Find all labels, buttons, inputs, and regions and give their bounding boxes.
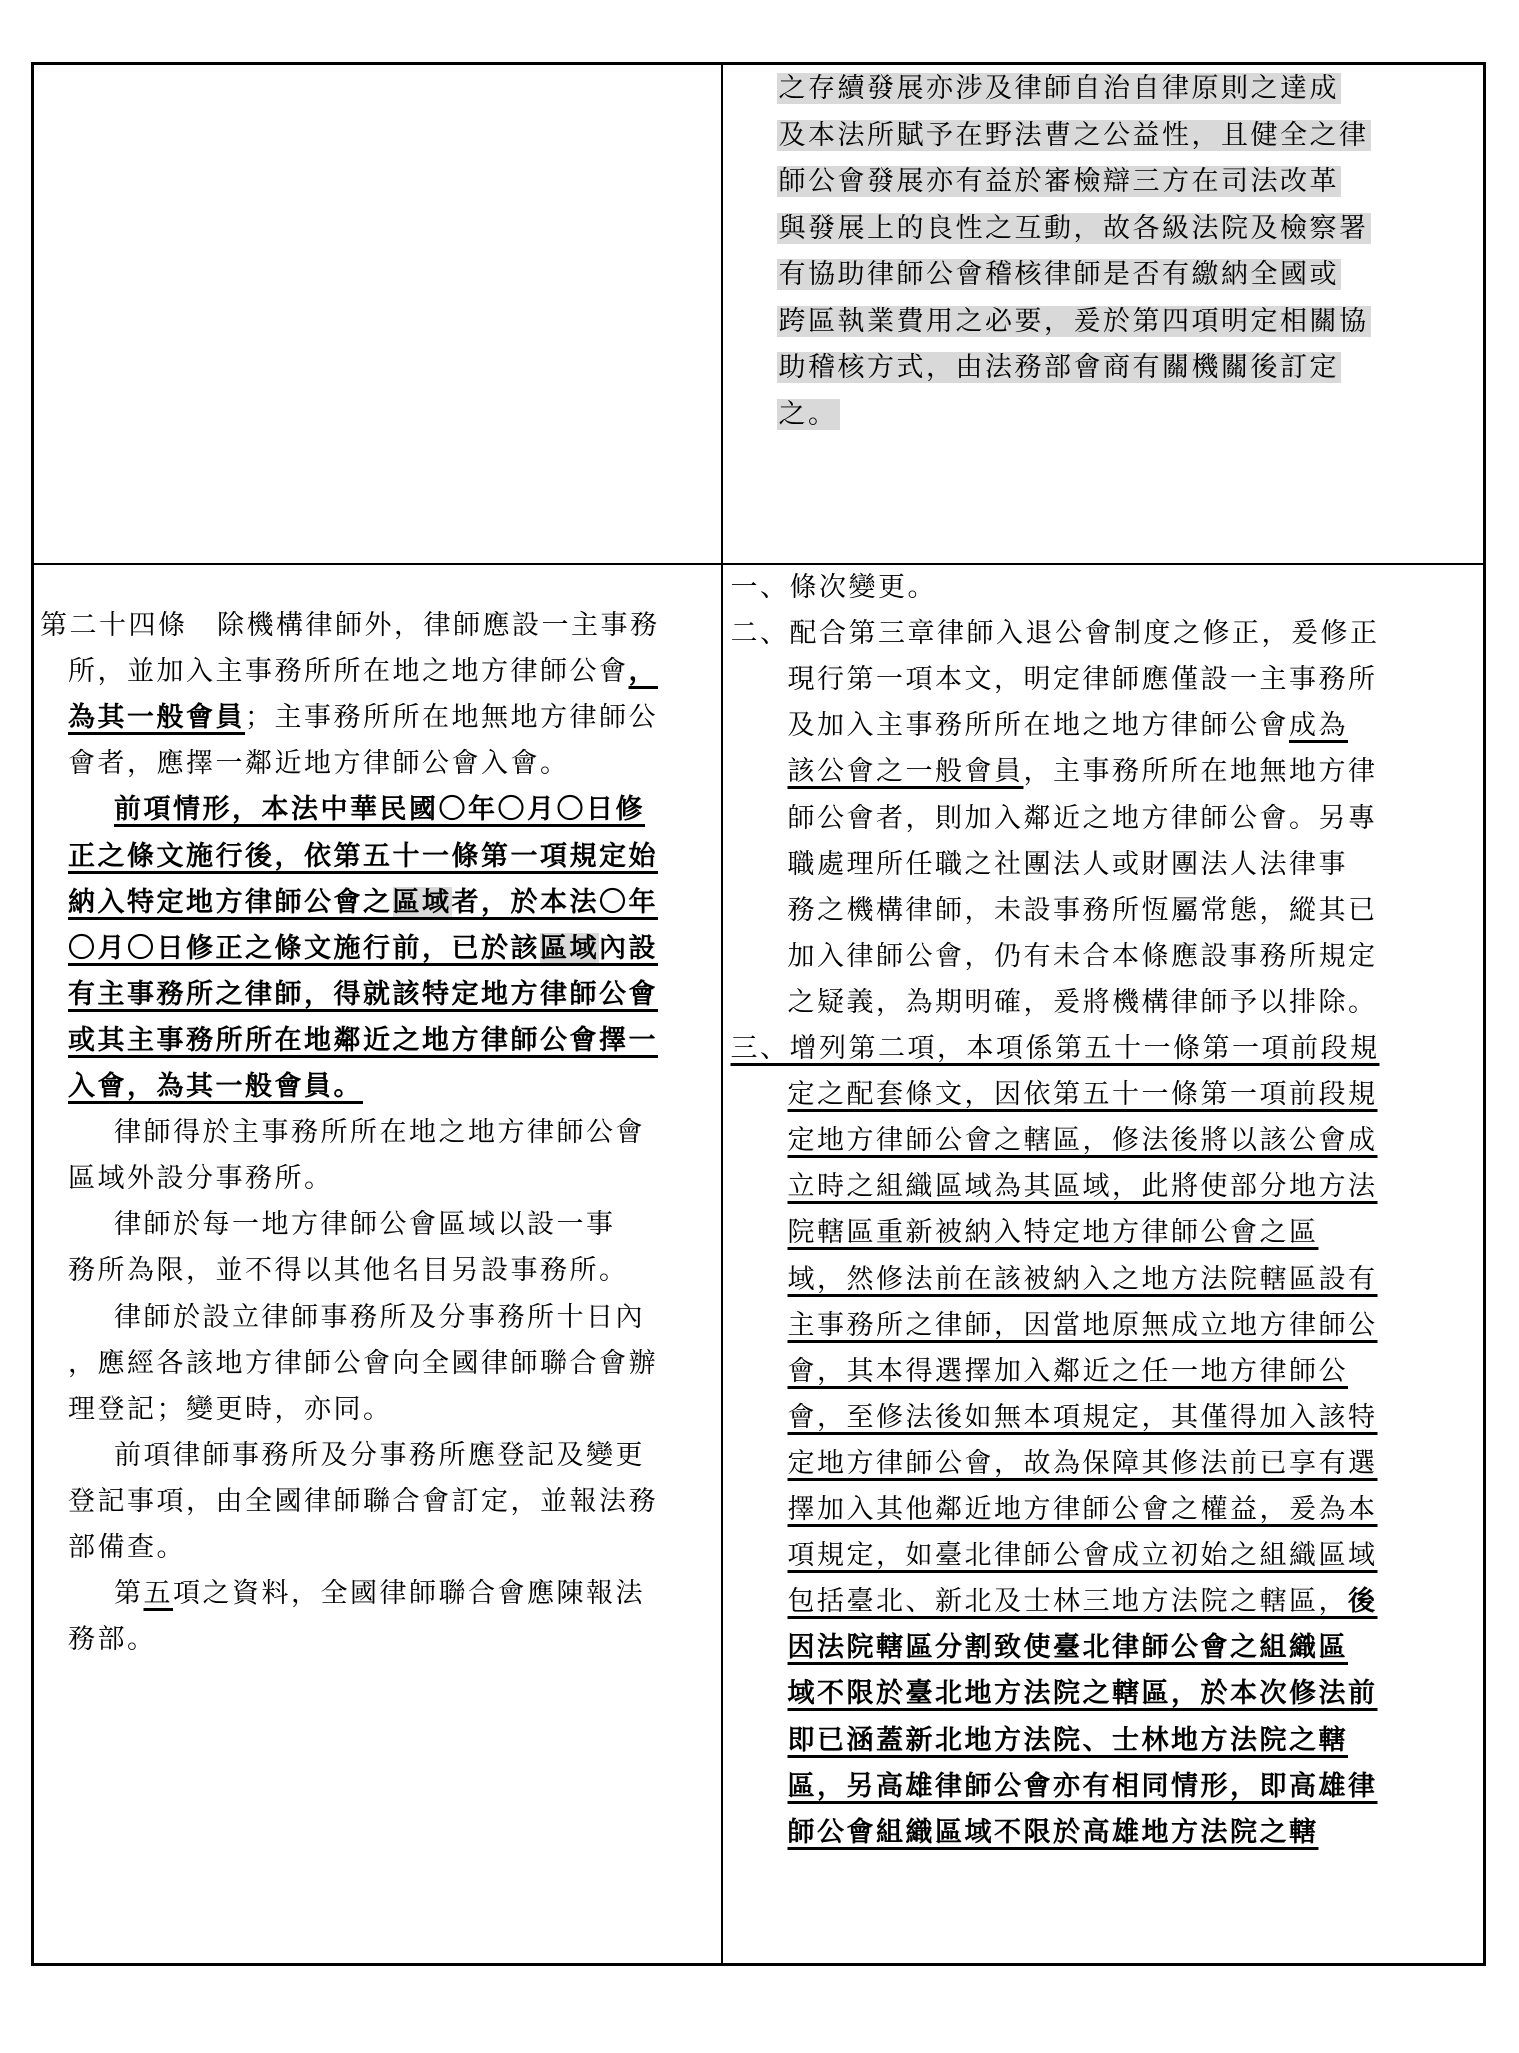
text-segment: 區域 (393, 887, 452, 918)
text-segment: 區域 (540, 933, 599, 964)
text-segment: 納入特定地方律師公會之 (68, 887, 393, 918)
text-line: 主事務所之律師，因當地原無成立地方律師公 (788, 1307, 1378, 1345)
text-line: 為其一般會員；主事務所所在地無地方律師公 (68, 699, 658, 737)
text-segment: ， (629, 656, 659, 687)
text-line: 助稽核方式，由法務部會商有關機關後訂定 (777, 349, 1342, 387)
text-segment: 現行第一項本文，明定律師應僅設一主事務所 (788, 664, 1378, 695)
text-segment: 律師得於主事務所所在地之地方律師公會 (114, 1117, 645, 1148)
text-line: 納入特定地方律師公會之區域者，於本法〇年 (68, 884, 658, 922)
text-line: 理登記；變更時，亦同。 (68, 1391, 393, 1429)
text-line: 會，其本得選擇加入鄰近之任一地方律師公 (788, 1353, 1349, 1391)
text-segment: 因法院轄區分割致使臺北律師公會之組織區 (788, 1632, 1349, 1663)
text-segment: 之。 (777, 399, 840, 430)
text-line: 及本法所賦予在野法曹之公益性，且健全之律 (777, 117, 1371, 155)
text-segment: 定地方律師公會之轄區，修法後將以該公會成 (788, 1125, 1378, 1156)
text-segment: 主事務所之律師，因當地原無成立地方律師公 (788, 1310, 1378, 1341)
text-line: 入會，為其一般會員。 (68, 1068, 363, 1106)
text-segment: 域不限於臺北地方法院之轄區，於本次修法前 (788, 1678, 1378, 1709)
text-segment: ，主事務所所在地無地方律 (1024, 756, 1378, 787)
explanation-cell-continued: 之存續發展亦涉及律師自治自律原則之達成及本法所賦予在野法曹之公益性，且健全之律師… (722, 64, 1485, 565)
text-line: 一、條次變更。 (731, 569, 938, 607)
text-segment: 及加入主事務所所在地之地方律師公會 (788, 710, 1290, 741)
text-line: 三、增列第二項，本項係第五十一條第一項前段規 (731, 1030, 1380, 1068)
text-segment: 區，另高雄律師公會亦有相同情形，即高雄律 (788, 1771, 1378, 1802)
text-line: 區，另高雄律師公會亦有相同情形，即高雄律 (788, 1768, 1378, 1806)
text-line: 跨區執業費用之必要，爰於第四項明定相關協 (777, 303, 1371, 341)
text-segment: 五 (144, 1578, 174, 1609)
text-line: 師公會者，則加入鄰近之地方律師公會。另專 (788, 800, 1378, 838)
text-segment: 務所為限，並不得以其他名目另設事務所。 (68, 1255, 629, 1286)
text-line: 或其主事務所所在地鄰近之地方律師公會擇一 (68, 1022, 658, 1060)
text-segment: 有主事務所之律師，得就該特定地方律師公會 (68, 979, 658, 1010)
text-line: 務所為限，並不得以其他名目另設事務所。 (68, 1252, 629, 1290)
text-segment: 跨區執業費用之必要，爰於第四項明定相關協 (777, 306, 1371, 337)
text-line: 會，至修法後如無本項規定，其僅得加入該特 (788, 1399, 1378, 1437)
text-segment: 之疑義，為期明確，爰將機構律師予以排除。 (788, 987, 1378, 1018)
text-segment: 之存續發展亦涉及律師自治自律原則之達成 (777, 73, 1342, 104)
text-segment: 項規定，如臺北律師公會成立初始之組織區域 (788, 1540, 1378, 1571)
text-line: 擇加入其他鄰近地方律師公會之權益，爰為本 (788, 1491, 1378, 1529)
text-line: 二、配合第三章律師入退公會制度之修正，爰修正 (731, 615, 1380, 653)
text-segment: 後 (1348, 1586, 1378, 1617)
text-segment: 有協助律師公會稽核律師是否有繳納全國或 (777, 259, 1342, 290)
text-line: 會者，應擇一鄰近地方律師公會入會。 (68, 745, 570, 783)
text-line: 之疑義，為期明確，爰將機構律師予以排除。 (788, 984, 1378, 1022)
text-line: 之存續發展亦涉及律師自治自律原則之達成 (777, 70, 1342, 108)
text-segment: 項之資料，全國律師聯合會應陳報法 (173, 1578, 645, 1609)
text-segment: 與發展上的良性之互動，故各級法院及檢察署 (777, 213, 1371, 244)
text-line: 項規定，如臺北律師公會成立初始之組織區域 (788, 1537, 1378, 1575)
text-line: 現行第一項本文，明定律師應僅設一主事務所 (788, 661, 1378, 699)
text-line: 因法院轄區分割致使臺北律師公會之組織區 (788, 1629, 1349, 1667)
text-line: 第二十四條 除機構律師外，律師應設一主事務 (40, 607, 660, 645)
text-segment: 師公會者，則加入鄰近之地方律師公會。另專 (788, 803, 1378, 834)
text-line: ，應經各該地方律師公會向全國律師聯合會辦 (68, 1345, 658, 1383)
text-line: 部備查。 (68, 1529, 186, 1567)
text-segment: 部備查。 (68, 1532, 186, 1563)
text-segment: 登記事項，由全國律師聯合會訂定，並報法務 (68, 1486, 658, 1517)
amendment-comparison-table: 之存續發展亦涉及律師自治自律原則之達成及本法所賦予在野法曹之公益性，且健全之律師… (31, 62, 1486, 1966)
text-segment: ，應經各該地方律師公會向全國律師聯合會辦 (68, 1348, 658, 1379)
text-segment: 二、配合第三章律師入退公會制度之修正，爰修正 (731, 618, 1380, 649)
text-segment: 加入律師公會，仍有未合本條應設事務所規定 (788, 941, 1378, 972)
text-line: 及加入主事務所所在地之地方律師公會成為 (788, 707, 1349, 745)
text-line: 〇月〇日修正之條文施行前，已於該區域內設 (68, 930, 658, 968)
text-line: 立時之組織區域為其區域，此將使部分地方法 (788, 1168, 1378, 1206)
text-line: 登記事項，由全國律師聯合會訂定，並報法務 (68, 1483, 658, 1521)
text-line: 職處理所任職之社團法人或財團法人法律事 (788, 846, 1349, 884)
text-segment: 院轄區重新被納入特定地方律師公會之區 (788, 1217, 1319, 1248)
text-line: 加入律師公會，仍有未合本條應設事務所規定 (788, 938, 1378, 976)
text-line: 院轄區重新被納入特定地方律師公會之區 (788, 1214, 1319, 1252)
text-segment: 所，並加入主事務所所在地之地方律師公會 (68, 656, 629, 687)
text-segment: 會者，應擇一鄰近地方律師公會入會。 (68, 748, 570, 779)
text-line: 之。 (777, 396, 840, 434)
text-line: 務之機構律師，未設事務所恆屬常態，縱其已 (788, 892, 1378, 930)
text-segment: 第二十四條 除機構律師外，律師應設一主事務 (40, 610, 660, 641)
text-line: 律師於設立律師事務所及分事務所十日內 (114, 1299, 645, 1337)
text-segment: 及本法所賦予在野法曹之公益性，且健全之律 (777, 120, 1371, 151)
text-line: 有協助律師公會稽核律師是否有繳納全國或 (777, 256, 1342, 294)
article-cell-empty (33, 64, 722, 565)
text-segment: 區域外設分事務所。 (68, 1163, 334, 1194)
text-line: 定地方律師公會之轄區，修法後將以該公會成 (788, 1122, 1378, 1160)
text-line: 有主事務所之律師，得就該特定地方律師公會 (68, 976, 658, 1014)
text-segment: 三、增列第二項，本項係第五十一條第一項前段規 (731, 1033, 1380, 1064)
text-line: 前項律師事務所及分事務所應登記及變更 (114, 1437, 645, 1475)
text-line: 域不限於臺北地方法院之轄區，於本次修法前 (788, 1675, 1378, 1713)
text-segment: 者，於本法〇年 (452, 887, 659, 918)
text-segment: 定之配套條文，因依第五十一條第一項前段規 (788, 1079, 1378, 1110)
text-line: 師公會組織區域不限於高雄地方法院之轄 (788, 1814, 1319, 1852)
text-segment: 或其主事務所所在地鄰近之地方律師公會擇一 (68, 1025, 658, 1056)
table-row: 第二十四條 除機構律師外，律師應設一主事務所，並加入主事務所所在地之地方律師公會… (33, 564, 1485, 1965)
text-segment: 務部。 (68, 1624, 157, 1655)
text-line: 該公會之一般會員，主事務所所在地無地方律 (788, 753, 1378, 791)
text-segment: 內設 (599, 933, 658, 964)
text-line: 域，然修法前在該被納入之地方法院轄區設有 (788, 1261, 1378, 1299)
text-line: 即已涵蓋新北地方法院、士林地方法院之轄 (788, 1722, 1349, 1760)
table-row: 之存續發展亦涉及律師自治自律原則之達成及本法所賦予在野法曹之公益性，且健全之律師… (33, 64, 1485, 565)
text-segment: 域，然修法前在該被納入之地方法院轄區設有 (788, 1264, 1378, 1295)
text-segment: 一、條次變更。 (731, 572, 938, 603)
text-segment: ；主事務所所在地無地方律師公 (245, 702, 658, 733)
text-segment: 會，至修法後如無本項規定，其僅得加入該特 (788, 1402, 1378, 1433)
comparison-table-page: 之存續發展亦涉及律師自治自律原則之達成及本法所賦予在野法曹之公益性，且健全之律師… (31, 62, 1483, 1965)
text-line: 區域外設分事務所。 (68, 1160, 334, 1198)
text-segment: 擇加入其他鄰近地方律師公會之權益，爰為本 (788, 1494, 1378, 1525)
text-segment: 師公會組織區域不限於高雄地方法院之轄 (788, 1817, 1319, 1848)
text-line: 定之配套條文，因依第五十一條第一項前段規 (788, 1076, 1378, 1114)
text-segment: 第 (114, 1578, 144, 1609)
text-segment: 務之機構律師，未設事務所恆屬常態，縱其已 (788, 895, 1378, 926)
text-segment: 即已涵蓋新北地方法院、士林地方法院之轄 (788, 1725, 1349, 1756)
text-segment: 正之條文施行後，依第五十一條第一項規定始 (68, 841, 658, 872)
text-segment: 前項律師事務所及分事務所應登記及變更 (114, 1440, 645, 1471)
text-line: 第五項之資料，全國律師聯合會應陳報法 (114, 1575, 645, 1613)
article-cell: 第二十四條 除機構律師外，律師應設一主事務所，並加入主事務所所在地之地方律師公會… (33, 564, 722, 1965)
text-segment: 前項情形，本法中華民國〇年〇月〇日修 (114, 794, 645, 825)
text-segment: 立時之組織區域為其區域，此將使部分地方法 (788, 1171, 1378, 1202)
text-segment: 理登記；變更時，亦同。 (68, 1394, 393, 1425)
text-line: 師公會發展亦有益於審檢辯三方在司法改革 (777, 163, 1342, 201)
text-segment: 師公會發展亦有益於審檢辯三方在司法改革 (777, 166, 1342, 197)
text-segment: 該公會之一般會員 (788, 756, 1024, 787)
text-line: 前項情形，本法中華民國〇年〇月〇日修 (114, 791, 645, 829)
explanation-cell: 一、條次變更。二、配合第三章律師入退公會制度之修正，爰修正現行第一項本文，明定律… (722, 564, 1485, 1965)
text-segment: 會，其本得選擇加入鄰近之任一地方律師公 (788, 1356, 1349, 1387)
text-line: 務部。 (68, 1621, 157, 1659)
text-segment: 助稽核方式，由法務部會商有關機關後訂定 (777, 352, 1342, 383)
text-segment: 律師於每一地方律師公會區域以設一事 (114, 1209, 616, 1240)
text-segment: 為其一般會員 (68, 702, 245, 733)
text-segment: 〇月〇日修正之條文施行前，已於該 (68, 933, 540, 964)
text-line: 所，並加入主事務所所在地之地方律師公會， (68, 653, 658, 691)
text-segment: 入會，為其一般會員。 (68, 1071, 363, 1102)
text-line: 與發展上的良性之互動，故各級法院及檢察署 (777, 210, 1371, 248)
text-line: 律師於每一地方律師公會區域以設一事 (114, 1206, 616, 1244)
text-segment: 職處理所任職之社團法人或財團法人法律事 (788, 849, 1349, 880)
text-line: 正之條文施行後，依第五十一條第一項規定始 (68, 838, 658, 876)
text-line: 定地方律師公會，故為保障其修法前已享有選 (788, 1445, 1378, 1483)
text-segment: 律師於設立律師事務所及分事務所十日內 (114, 1302, 645, 1333)
text-segment: 定地方律師公會，故為保障其修法前已享有選 (788, 1448, 1378, 1479)
text-line: 律師得於主事務所所在地之地方律師公會 (114, 1114, 645, 1152)
text-segment: 包括臺北、新北及士林三地方法院之轄區， (788, 1586, 1349, 1617)
text-segment: 成為 (1289, 710, 1348, 741)
text-line: 包括臺北、新北及士林三地方法院之轄區，後 (788, 1583, 1378, 1621)
